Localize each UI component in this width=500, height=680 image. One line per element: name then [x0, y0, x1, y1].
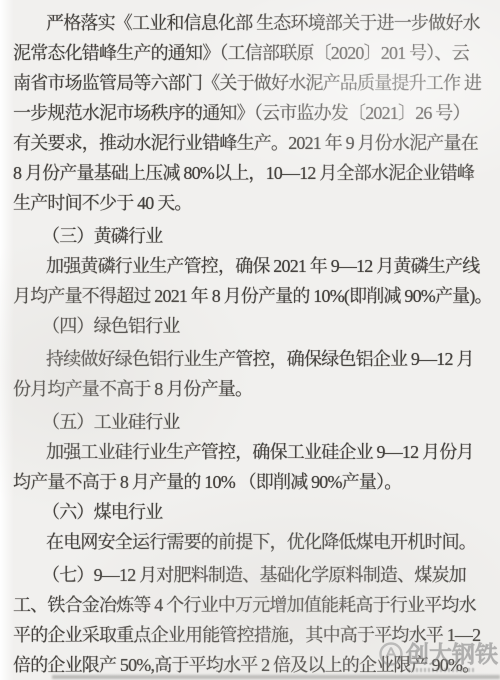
text-line: 有关要求，推动水泥行业错峰生产。2021 年 9 月份水泥产量在: [0, 128, 500, 158]
text-line: 均产量不高于 8 月产量的 10% （即削减 90%产量）。: [0, 467, 500, 497]
text-line: 持续做好绿色铝行业生产管控，确保绿色铝企业 9—12 月: [0, 344, 500, 374]
text-line: （五）工业硅行业: [0, 407, 500, 437]
text-line: 平的企业采取重点企业用能管控措施，其中高于平均水平 1—2: [0, 620, 500, 650]
text-line: 南省市场监管局等六部门《关于做好水泥产品质量提升工作 进: [0, 68, 500, 98]
text-line: （四）绿色铝行业: [0, 311, 500, 341]
text-line: 加强黄磷行业生产管控，确保 2021 年 9—12 月黄磷生产线: [0, 251, 500, 281]
scan-smudge: [52, 675, 500, 679]
text-line: 严格落实《工业和信息化部 生态环境部关于进一步做好水: [0, 8, 500, 38]
text-line: （七）9—12 月对肥料制造、基础化学原料制造、煤炭加: [0, 560, 500, 590]
text-line: （六）煤电行业: [0, 497, 500, 527]
text-line: （三）黄磷行业: [0, 221, 500, 251]
text-line: 生产时间不少于 40 天。: [0, 188, 500, 218]
text-line: 8 月份产量基础上压减 80%以上，10—12 月全部水泥企业错峰: [0, 158, 500, 188]
document-page: 严格落实《工业和信息化部 生态环境部关于进一步做好水泥常态化错峰生产的通知》（工…: [0, 0, 500, 680]
text-line: 月均产量不得超过 2021 年 8 月份产量的 10%(即削减 90%产量)。: [0, 281, 500, 311]
text-line: 泥常态化错峰生产的通知》（工信部联原〔2020〕201 号）、云: [0, 38, 500, 68]
text-line: 在电网安全运行需要的前提下，优化降低煤电开机时间。: [0, 527, 500, 557]
text-line: 工、铁合金冶炼等 4 个行业中万元增加值能耗高于行业平均水: [0, 590, 500, 620]
text-line: 一步规范水泥市场秩序的通知》（云市监办发〔2021〕26 号）: [0, 98, 500, 128]
text-line: 份月均产量不高于 8 月份产量。: [0, 374, 500, 404]
text-line: 加强工业硅行业生产管控，确保工业硅企业 9—12 月份月: [0, 437, 500, 467]
document-body: 严格落实《工业和信息化部 生态环境部关于进一步做好水泥常态化错峰生产的通知》（工…: [0, 0, 500, 680]
